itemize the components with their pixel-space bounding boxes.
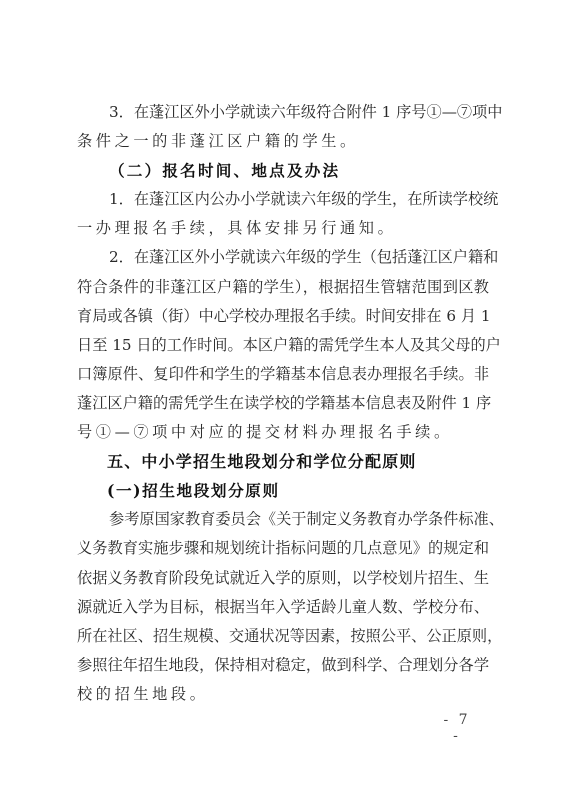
paragraph-line: 校的招生地段。	[77, 680, 489, 709]
paragraph-line: 依据义务教育阶段免试就近入学的原则，以学校划片招生、生	[77, 564, 489, 593]
page-body: 3．在蓬江区外小学就读六年级符合附件 1 序号①—⑦项中 条件之一的非蓬江区户籍…	[77, 98, 489, 709]
paragraph-line: 口簿原件、复印件和学生的学籍基本信息表办理报名手续。非	[77, 360, 489, 389]
paragraph-line: 2．在蓬江区外小学就读六年级的学生（包括蓬江区户籍和	[77, 243, 489, 272]
page-number: - 7 -	[437, 712, 477, 744]
paragraph-line: 符合条件的非蓬江区户籍的学生），根据招生管辖范围到区教	[77, 273, 489, 302]
paragraph-line: 所在社区、招生规模、交通状况等因素，按照公平、公正原则，	[77, 622, 489, 651]
paragraph-line: 育局或各镇（街）中心学校办理报名手续。时间安排在 6 月 1	[77, 302, 489, 331]
paragraph-line: 参考原国家教育委员会《关于制定义务教育办学条件标准、	[77, 505, 489, 534]
section-heading: （二）报名时间、地点及办法	[77, 156, 489, 185]
paragraph-line: 参照往年招生地段，保持相对稳定，做到科学、合理划分各学	[77, 651, 489, 680]
paragraph-line: 条件之一的非蓬江区户籍的学生。	[77, 127, 489, 156]
paragraph-line: 义务教育实施步骤和规划统计指标问题的几点意见》的规定和	[77, 534, 489, 563]
paragraph-line: 3．在蓬江区外小学就读六年级符合附件 1 序号①—⑦项中	[77, 98, 489, 127]
paragraph-line: 1．在蓬江区内公办小学就读六年级的学生，在所读学校统	[77, 185, 489, 214]
paragraph-line: 号①—⑦项中对应的提交材料办理报名手续。	[77, 418, 489, 447]
paragraph-line: 一办理报名手续，具体安排另行通知。	[77, 214, 489, 243]
subsection-heading: (一)招生地段划分原则	[77, 476, 489, 505]
paragraph-line: 源就近入学为目标，根据当年入学适龄儿童人数、学校分布、	[77, 593, 489, 622]
chapter-heading: 五、中小学招生地段划分和学位分配原则	[77, 447, 489, 476]
document-page: 3．在蓬江区外小学就读六年级符合附件 1 序号①—⑦项中 条件之一的非蓬江区户籍…	[0, 0, 566, 800]
paragraph-line: 蓬江区户籍的需凭学生在读学校的学籍基本信息表及附件 1 序	[77, 389, 489, 418]
paragraph-line: 日至 15 日的工作时间。本区户籍的需凭学生本人及其父母的户	[77, 331, 489, 360]
